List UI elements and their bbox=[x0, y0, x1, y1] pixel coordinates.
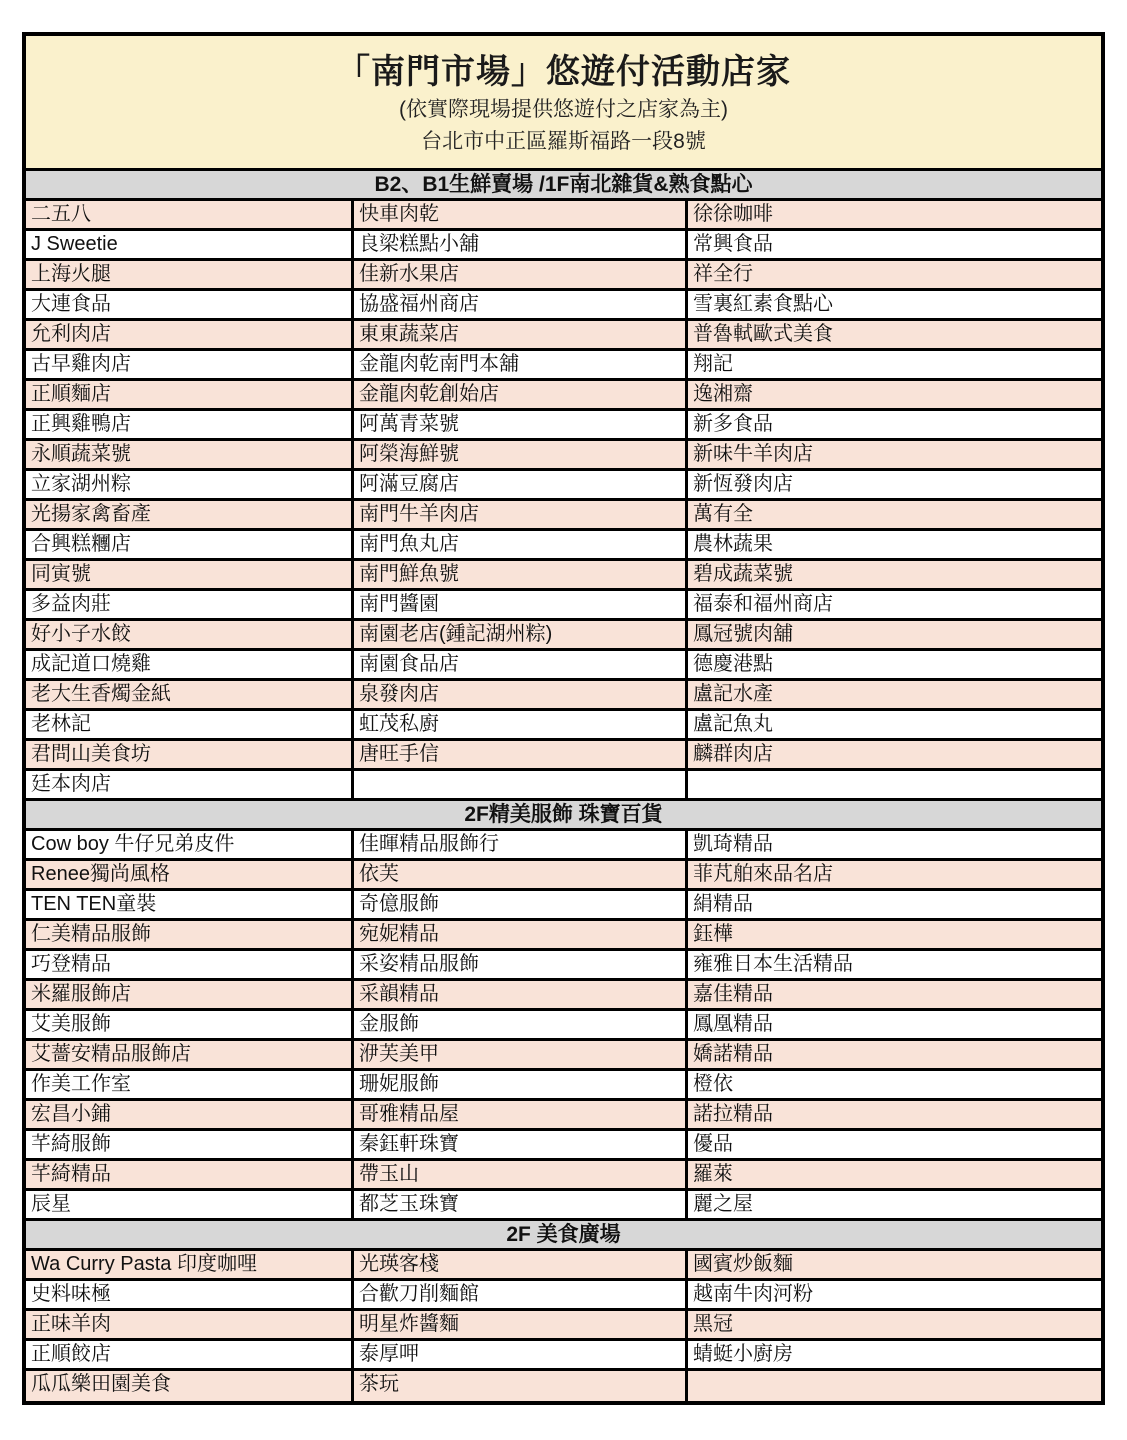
store-cell: 依芙 bbox=[354, 861, 688, 888]
store-cell: 橙依 bbox=[688, 1071, 1101, 1098]
store-cell: 快車肉乾 bbox=[354, 201, 688, 228]
store-cell: 上海火腿 bbox=[26, 261, 354, 288]
store-cell: Renee獨尚風格 bbox=[26, 861, 354, 888]
table-row: 正順餃店泰厚呷蜻蜓小廚房 bbox=[26, 1341, 1101, 1371]
store-cell: 二五八 bbox=[26, 201, 354, 228]
section-header-1: B2、B1生鮮賣場 /1F南北雜貨&熟食點心 bbox=[26, 171, 1101, 201]
store-cell: 南園食品店 bbox=[354, 651, 688, 678]
store-cell: 立家湖州粽 bbox=[26, 471, 354, 498]
store-cell: 鈺樺 bbox=[688, 921, 1101, 948]
store-cell: 嘉佳精品 bbox=[688, 981, 1101, 1008]
store-cell: 菲芃舶來品名店 bbox=[688, 861, 1101, 888]
store-cell: 泉發肉店 bbox=[354, 681, 688, 708]
store-cell: 明星炸醬麵 bbox=[354, 1311, 688, 1338]
store-cell: 辰星 bbox=[26, 1191, 354, 1218]
store-cell: 仁美精品服飾 bbox=[26, 921, 354, 948]
store-cell: 巧登精品 bbox=[26, 951, 354, 978]
store-cell: 采韻精品 bbox=[354, 981, 688, 1008]
table-row: TEN TEN童裝奇億服飾絹精品 bbox=[26, 891, 1101, 921]
store-cell: 嬌諾精品 bbox=[688, 1041, 1101, 1068]
store-cell: 良梁糕點小舖 bbox=[354, 231, 688, 258]
store-cell: 羅萊 bbox=[688, 1161, 1101, 1188]
store-cell: 國賓炒飯麵 bbox=[688, 1251, 1101, 1278]
store-cell: 優品 bbox=[688, 1131, 1101, 1158]
table-row: 老林記虹茂私廚盧記魚丸 bbox=[26, 711, 1101, 741]
table-row: 上海火腿佳新水果店祥全行 bbox=[26, 261, 1101, 291]
table-row: Wa Curry Pasta 印度咖哩光瑛客棧國賓炒飯麵 bbox=[26, 1251, 1101, 1281]
store-cell: 金龍肉乾創始店 bbox=[354, 381, 688, 408]
store-cell: 南門牛羊肉店 bbox=[354, 501, 688, 528]
table-row: 正興雞鴨店阿萬青菜號新多食品 bbox=[26, 411, 1101, 441]
section-header-2: 2F精美服飾 珠寶百貨 bbox=[26, 801, 1101, 831]
store-cell: 正興雞鴨店 bbox=[26, 411, 354, 438]
store-cell: 茶玩 bbox=[354, 1371, 688, 1401]
page-subtitle: (依實際現場提供悠遊付之店家為主) bbox=[26, 94, 1101, 126]
table-row: 君問山美食坊唐旺手信麟群肉店 bbox=[26, 741, 1101, 771]
table-row: 永順蔬菜號阿榮海鮮號新味牛羊肉店 bbox=[26, 441, 1101, 471]
store-cell: TEN TEN童裝 bbox=[26, 891, 354, 918]
store-cell: 常興食品 bbox=[688, 231, 1101, 258]
store-cell: 成記道口燒雞 bbox=[26, 651, 354, 678]
store-cell: 洢芙美甲 bbox=[354, 1041, 688, 1068]
store-cell: 絹精品 bbox=[688, 891, 1101, 918]
store-cell: 金服飾 bbox=[354, 1011, 688, 1038]
table-row: Renee獨尚風格依芙菲芃舶來品名店 bbox=[26, 861, 1101, 891]
store-cell: 祥全行 bbox=[688, 261, 1101, 288]
store-cell: 艾薔安精品服飾店 bbox=[26, 1041, 354, 1068]
table-row: 二五八快車肉乾徐徐咖啡 bbox=[26, 201, 1101, 231]
store-cell: 福泰和福州商店 bbox=[688, 591, 1101, 618]
store-cell: 合興糕糰店 bbox=[26, 531, 354, 558]
store-cell: 徐徐咖啡 bbox=[688, 201, 1101, 228]
store-cell: 阿滿豆腐店 bbox=[354, 471, 688, 498]
store-cell: 雍雅日本生活精品 bbox=[688, 951, 1101, 978]
table-row: 合興糕糰店南門魚丸店農林蔬果 bbox=[26, 531, 1101, 561]
store-cell: Cow boy 牛仔兄弟皮件 bbox=[26, 831, 354, 858]
store-cell: 麟群肉店 bbox=[688, 741, 1101, 768]
table-row: 光揚家禽畜產南門牛羊肉店萬有全 bbox=[26, 501, 1101, 531]
table-row: 史料味極合歡刀削麵館越南牛肉河粉 bbox=[26, 1281, 1101, 1311]
store-cell: 新多食品 bbox=[688, 411, 1101, 438]
table-row: 成記道口燒雞南園食品店德慶港點 bbox=[26, 651, 1101, 681]
store-cell: 宛妮精品 bbox=[354, 921, 688, 948]
page-title: 「南門市場」悠遊付活動店家 bbox=[26, 50, 1101, 94]
store-cell: 都芝玉珠寶 bbox=[354, 1191, 688, 1218]
store-cell: 正順餃店 bbox=[26, 1341, 354, 1368]
table-row: J Sweetie良梁糕點小舖常興食品 bbox=[26, 231, 1101, 261]
store-cell: 麗之屋 bbox=[688, 1191, 1101, 1218]
table-row: 允利肉店東東蔬菜店普魯軾歐式美食 bbox=[26, 321, 1101, 351]
store-cell: 合歡刀削麵館 bbox=[354, 1281, 688, 1308]
store-cell: 阿榮海鮮號 bbox=[354, 441, 688, 468]
store-cell: 瓜瓜樂田園美食 bbox=[26, 1371, 354, 1401]
store-cell: 允利肉店 bbox=[26, 321, 354, 348]
store-cell: 萬有全 bbox=[688, 501, 1101, 528]
store-cell: 金龍肉乾南門本舖 bbox=[354, 351, 688, 378]
store-cell: 芊綺精品 bbox=[26, 1161, 354, 1188]
store-cell: 蜻蜓小廚房 bbox=[688, 1341, 1101, 1368]
table-row: 古早雞肉店金龍肉乾南門本舖翔記 bbox=[26, 351, 1101, 381]
store-cell: 佳暉精品服飾行 bbox=[354, 831, 688, 858]
table-row: 芊綺精品帶玉山羅萊 bbox=[26, 1161, 1101, 1191]
store-cell: 唐旺手信 bbox=[354, 741, 688, 768]
store-cell: 南門魚丸店 bbox=[354, 531, 688, 558]
table-row: 大連食品協盛福州商店雪裏紅素食點心 bbox=[26, 291, 1101, 321]
store-cell: 好小子水餃 bbox=[26, 621, 354, 648]
store-cell: 普魯軾歐式美食 bbox=[688, 321, 1101, 348]
store-cell bbox=[354, 771, 688, 798]
store-cell: 新味牛羊肉店 bbox=[688, 441, 1101, 468]
section-header-3: 2F 美食廣場 bbox=[26, 1221, 1101, 1251]
store-cell: J Sweetie bbox=[26, 231, 354, 258]
table-row: 辰星都芝玉珠寶麗之屋 bbox=[26, 1191, 1101, 1221]
store-cell: 南門醬園 bbox=[354, 591, 688, 618]
store-cell: 雪裏紅素食點心 bbox=[688, 291, 1101, 318]
store-cell: 哥雅精品屋 bbox=[354, 1101, 688, 1128]
store-cell: 古早雞肉店 bbox=[26, 351, 354, 378]
store-cell: 多益肉莊 bbox=[26, 591, 354, 618]
sections-container: B2、B1生鮮賣場 /1F南北雜貨&熟食點心二五八快車肉乾徐徐咖啡J Sweet… bbox=[26, 171, 1101, 1401]
store-cell: 諾拉精品 bbox=[688, 1101, 1101, 1128]
store-cell: 阿萬青菜號 bbox=[354, 411, 688, 438]
table-row: 正味羊肉明星炸醬麵黑冠 bbox=[26, 1311, 1101, 1341]
store-cell: 珊妮服飾 bbox=[354, 1071, 688, 1098]
table-row: 米羅服飾店采韻精品嘉佳精品 bbox=[26, 981, 1101, 1011]
store-cell: 碧成蔬菜號 bbox=[688, 561, 1101, 588]
store-cell: 盧記水產 bbox=[688, 681, 1101, 708]
store-cell: 采姿精品服飾 bbox=[354, 951, 688, 978]
store-cell: 泰厚呷 bbox=[354, 1341, 688, 1368]
market-address: 台北市中正區羅斯福路一段8號 bbox=[26, 126, 1101, 158]
table-row: 芊綺服飾秦鈺軒珠寶優品 bbox=[26, 1131, 1101, 1161]
table-row: 作美工作室珊妮服飾橙依 bbox=[26, 1071, 1101, 1101]
store-cell: 德慶港點 bbox=[688, 651, 1101, 678]
store-cell: 光揚家禽畜產 bbox=[26, 501, 354, 528]
store-cell: 老林記 bbox=[26, 711, 354, 738]
store-cell: 盧記魚丸 bbox=[688, 711, 1101, 738]
store-cell: 佳新水果店 bbox=[354, 261, 688, 288]
store-cell: 艾美服飾 bbox=[26, 1011, 354, 1038]
table-row: Cow boy 牛仔兄弟皮件佳暉精品服飾行凱琦精品 bbox=[26, 831, 1101, 861]
store-cell: 史料味極 bbox=[26, 1281, 354, 1308]
table-row: 立家湖州粽阿滿豆腐店新恆發肉店 bbox=[26, 471, 1101, 501]
store-cell: 宏昌小鋪 bbox=[26, 1101, 354, 1128]
store-cell: 農林蔬果 bbox=[688, 531, 1101, 558]
table-row: 仁美精品服飾宛妮精品鈺樺 bbox=[26, 921, 1101, 951]
store-cell: 逸湘齋 bbox=[688, 381, 1101, 408]
store-cell: 南門鮮魚號 bbox=[354, 561, 688, 588]
store-cell: 正味羊肉 bbox=[26, 1311, 354, 1338]
store-cell: 作美工作室 bbox=[26, 1071, 354, 1098]
store-cell: 鳳凰精品 bbox=[688, 1011, 1101, 1038]
store-cell: 東東蔬菜店 bbox=[354, 321, 688, 348]
store-cell: 米羅服飾店 bbox=[26, 981, 354, 1008]
store-cell: 同寅號 bbox=[26, 561, 354, 588]
store-cell: Wa Curry Pasta 印度咖哩 bbox=[26, 1251, 354, 1278]
store-cell bbox=[688, 1371, 1101, 1401]
document-header: 「南門市場」悠遊付活動店家 (依實際現場提供悠遊付之店家為主) 台北市中正區羅斯… bbox=[26, 36, 1101, 171]
table-row: 正順麵店金龍肉乾創始店逸湘齋 bbox=[26, 381, 1101, 411]
store-cell: 南園老店(鍾記湖州粽) bbox=[354, 621, 688, 648]
store-cell: 芊綺服飾 bbox=[26, 1131, 354, 1158]
table-row: 老大生香燭金紙泉發肉店盧記水產 bbox=[26, 681, 1101, 711]
store-cell bbox=[688, 771, 1101, 798]
store-cell: 永順蔬菜號 bbox=[26, 441, 354, 468]
store-cell: 奇億服飾 bbox=[354, 891, 688, 918]
store-cell: 新恆發肉店 bbox=[688, 471, 1101, 498]
table-row: 宏昌小鋪哥雅精品屋諾拉精品 bbox=[26, 1101, 1101, 1131]
store-cell: 老大生香燭金紙 bbox=[26, 681, 354, 708]
table-row: 艾美服飾金服飾鳳凰精品 bbox=[26, 1011, 1101, 1041]
store-cell: 大連食品 bbox=[26, 291, 354, 318]
store-cell: 翔記 bbox=[688, 351, 1101, 378]
table-row: 艾薔安精品服飾店洢芙美甲嬌諾精品 bbox=[26, 1041, 1101, 1071]
table-row: 好小子水餃南園老店(鍾記湖州粽)鳳冠號肉舖 bbox=[26, 621, 1101, 651]
store-cell: 光瑛客棧 bbox=[354, 1251, 688, 1278]
store-cell: 廷本肉店 bbox=[26, 771, 354, 798]
store-cell: 君問山美食坊 bbox=[26, 741, 354, 768]
store-cell: 鳳冠號肉舖 bbox=[688, 621, 1101, 648]
store-list-table: 「南門市場」悠遊付活動店家 (依實際現場提供悠遊付之店家為主) 台北市中正區羅斯… bbox=[22, 32, 1105, 1405]
store-cell: 協盛福州商店 bbox=[354, 291, 688, 318]
table-row: 巧登精品采姿精品服飾雍雅日本生活精品 bbox=[26, 951, 1101, 981]
table-row: 廷本肉店 bbox=[26, 771, 1101, 801]
table-row: 同寅號南門鮮魚號碧成蔬菜號 bbox=[26, 561, 1101, 591]
store-cell: 黑冠 bbox=[688, 1311, 1101, 1338]
store-cell: 帶玉山 bbox=[354, 1161, 688, 1188]
store-cell: 凱琦精品 bbox=[688, 831, 1101, 858]
store-cell: 秦鈺軒珠寶 bbox=[354, 1131, 688, 1158]
table-row: 瓜瓜樂田園美食茶玩 bbox=[26, 1371, 1101, 1401]
store-cell: 越南牛肉河粉 bbox=[688, 1281, 1101, 1308]
store-cell: 虹茂私廚 bbox=[354, 711, 688, 738]
store-cell: 正順麵店 bbox=[26, 381, 354, 408]
table-row: 多益肉莊南門醬園福泰和福州商店 bbox=[26, 591, 1101, 621]
